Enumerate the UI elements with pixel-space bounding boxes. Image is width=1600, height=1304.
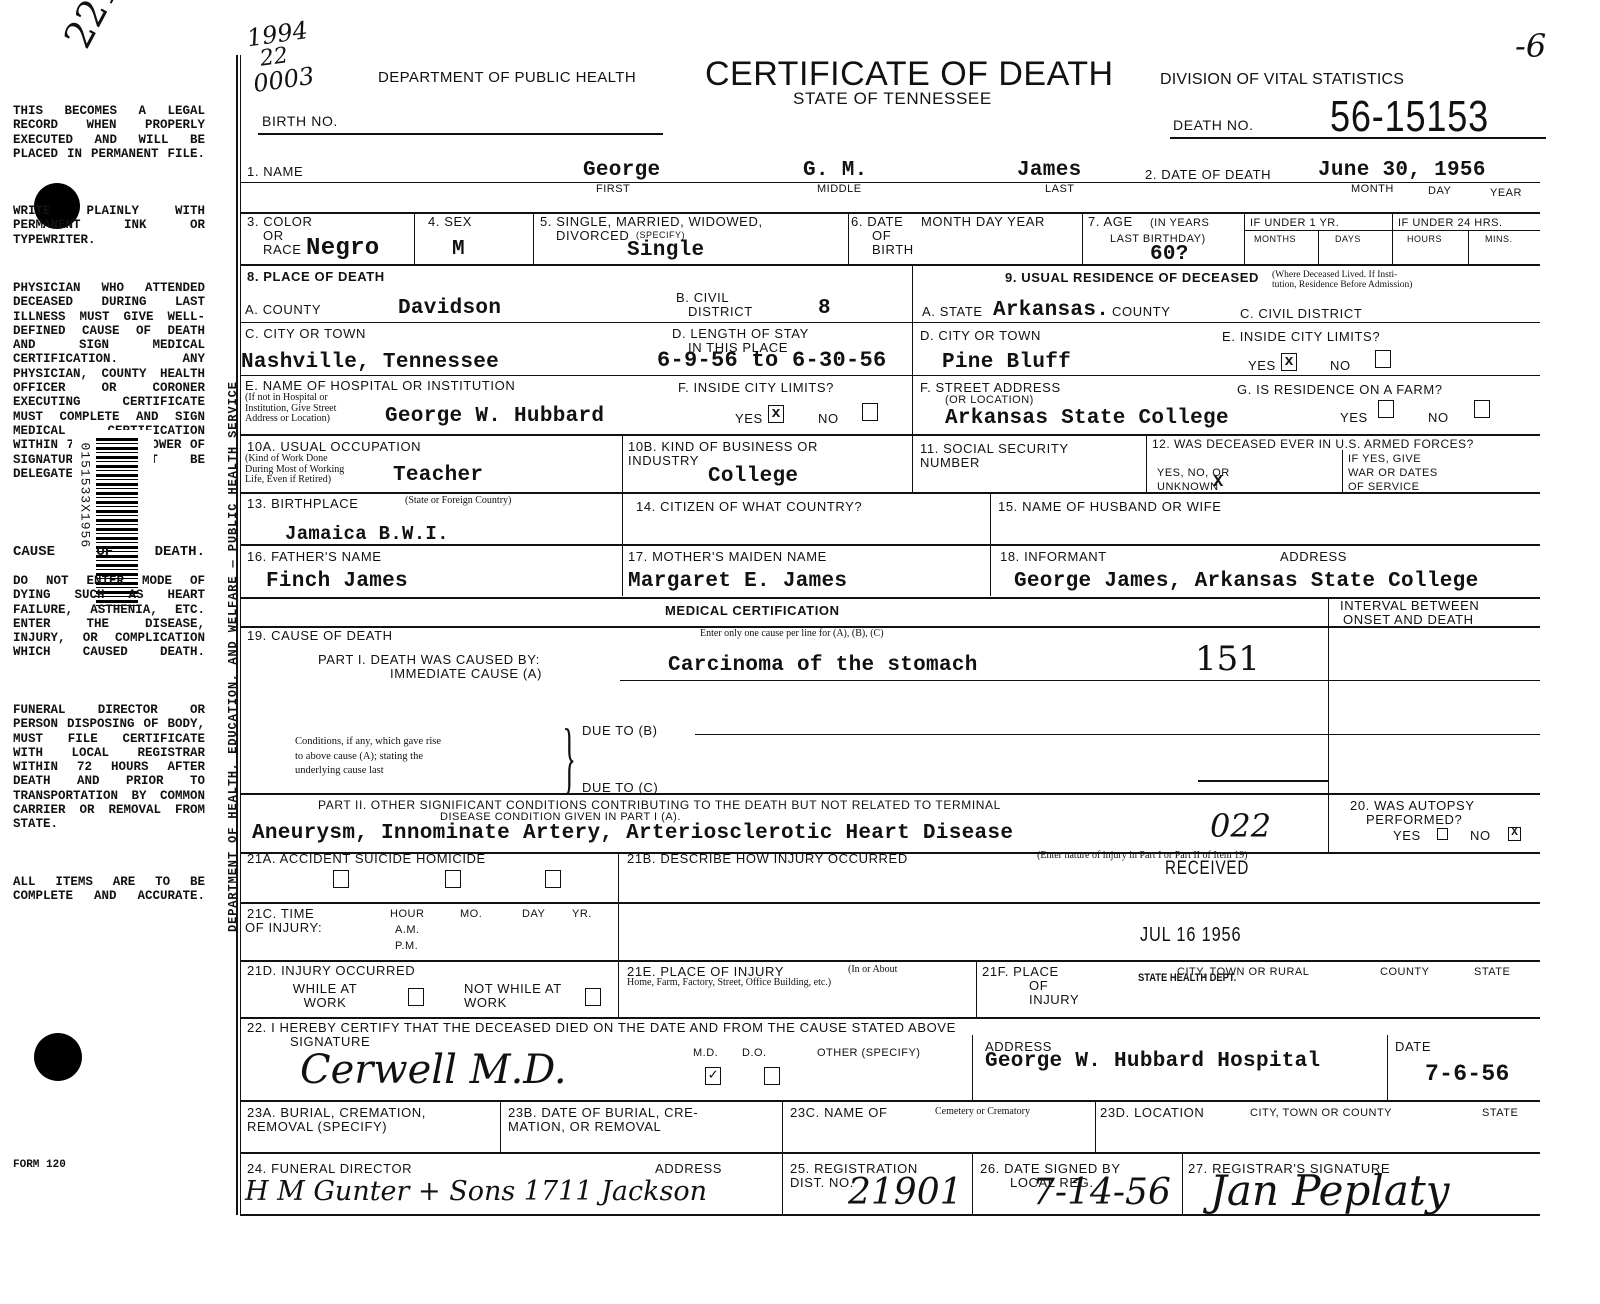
row3-top-line bbox=[240, 264, 1540, 266]
form-number: FORM 120 bbox=[13, 1159, 66, 1171]
months-label: MONTHS bbox=[1254, 235, 1296, 244]
place-f-label-2: OF bbox=[1029, 979, 1048, 992]
section-divider bbox=[912, 264, 913, 434]
cemetery-label: 23C. NAME OF bbox=[790, 1106, 888, 1119]
business-label: 10B. KIND OF BUSINESS OR bbox=[628, 440, 818, 453]
physician-signature: Cerwell M.D. bbox=[300, 1050, 567, 1090]
place-f-label: 21F. PLACE bbox=[982, 965, 1059, 978]
divider bbox=[1342, 450, 1343, 492]
middle-name: G. M. bbox=[803, 160, 868, 181]
notice-legal-record: THIS BECOMES A LEGAL RECORD WHEN PROPERL… bbox=[13, 104, 205, 161]
row5-top-line bbox=[240, 492, 1540, 494]
other-specify-label: OTHER (SPECIFY) bbox=[817, 1048, 920, 1059]
cause-instruction: Enter only one cause per line for (A), (… bbox=[700, 629, 884, 640]
form-left-border-inner bbox=[240, 55, 241, 1215]
time-injury-label-2: OF INJURY: bbox=[245, 921, 322, 934]
line bbox=[240, 322, 912, 323]
social-security-label: 11. SOCIAL SECURITY bbox=[920, 442, 1069, 455]
while-at-work-label: WHILE AT WORK bbox=[290, 982, 360, 1011]
birthplace-label: 13. BIRTHPLACE bbox=[247, 497, 358, 510]
day-label: DAY bbox=[1428, 186, 1451, 197]
cause-a-line bbox=[620, 680, 1328, 681]
social-security-label-2: NUMBER bbox=[920, 456, 980, 469]
race-race-label: RACE bbox=[263, 243, 302, 256]
burial-type-label-2: REMOVAL (SPECIFY) bbox=[247, 1120, 387, 1133]
middle-label: MIDDLE bbox=[817, 184, 862, 195]
hour-label: HOUR bbox=[390, 909, 424, 920]
received-stamp: RECEIVED bbox=[1165, 858, 1249, 880]
divider bbox=[500, 1100, 501, 1152]
divider bbox=[622, 434, 623, 492]
injury-county-label: COUNTY bbox=[1380, 967, 1429, 978]
month-label: MONTH bbox=[1351, 184, 1394, 195]
cause-a-code: 151 bbox=[1195, 642, 1260, 676]
last-label: LAST bbox=[1045, 184, 1075, 195]
county-label: A. COUNTY bbox=[245, 303, 321, 316]
hospital-note: (If not in Hospital or Institution, Give… bbox=[245, 393, 336, 425]
informant-label: 18. INFORMANT bbox=[1000, 550, 1107, 563]
manner-label: 21A. ACCIDENT SUICIDE HOMICIDE bbox=[247, 852, 486, 865]
divider bbox=[972, 1152, 973, 1214]
marital-divorced-label: DIVORCED bbox=[556, 229, 629, 242]
line bbox=[240, 902, 1540, 904]
yr-label: YR. bbox=[572, 909, 592, 920]
street-sub-label: (OR LOCATION) bbox=[945, 395, 1034, 406]
marital-value: Single bbox=[627, 240, 704, 261]
divider bbox=[782, 1100, 783, 1152]
race-label: 3. COLOR bbox=[247, 215, 312, 228]
war-label: IF YES, GIVE bbox=[1348, 454, 1421, 465]
reg-dist-value: 21901 bbox=[848, 1175, 963, 1211]
first-label: FIRST bbox=[596, 184, 630, 195]
mother-value: Margaret E. James bbox=[628, 571, 847, 592]
do-label: D.O. bbox=[742, 1048, 767, 1059]
barcode-text: 0151533X1956 bbox=[78, 443, 93, 593]
state-label: STATE OF TENNESSEE bbox=[793, 90, 992, 107]
residence-label: 9. USUAL RESIDENCE OF DECEASED bbox=[1005, 271, 1259, 284]
birthplace-note: (State or Foreign Country) bbox=[405, 496, 511, 507]
burial-top-line bbox=[240, 1100, 1540, 1102]
place-injury-note-2: Home, Farm, Factory, Street, Office Buil… bbox=[627, 978, 831, 989]
year-label: YEAR bbox=[1490, 188, 1522, 199]
autopsy-yes-checkbox[interactable] bbox=[1437, 828, 1448, 840]
brace-icon: } bbox=[562, 718, 575, 798]
yes-label: YES bbox=[735, 412, 763, 425]
inside-limits-no-checkbox[interactable] bbox=[862, 403, 878, 421]
mo-label: MO. bbox=[460, 909, 482, 920]
stay-label: D. LENGTH OF STAY bbox=[672, 327, 809, 340]
cause-c-line bbox=[1198, 780, 1328, 782]
line bbox=[912, 375, 1540, 376]
residence-civil-district-label: C. CIVIL DISTRICT bbox=[1240, 307, 1362, 320]
divider bbox=[622, 544, 623, 596]
received-date-stamp: JUL 16 1956 bbox=[1140, 924, 1241, 947]
county-value: Davidson bbox=[398, 298, 501, 319]
funeral-director-label: 24. FUNERAL DIRECTOR bbox=[247, 1162, 412, 1175]
notice-cause: DO NOT ENTER MODE OF DYING SUCH AS HEART… bbox=[13, 574, 205, 674]
part2-label: PART II. OTHER SIGNIFICANT CONDITIONS CO… bbox=[318, 798, 1001, 811]
handwritten-margin-number: 2218 bbox=[58, 0, 137, 54]
place-f-label-3: INJURY bbox=[1029, 993, 1079, 1006]
mother-label: 17. MOTHER'S MAIDEN NAME bbox=[628, 550, 827, 563]
division-label: DIVISION OF VITAL STATISTICS bbox=[1160, 72, 1404, 88]
location-label: 23D. LOCATION bbox=[1100, 1106, 1204, 1119]
hospital-value: George W. Hubbard bbox=[385, 406, 604, 427]
divider bbox=[622, 492, 623, 544]
spouse-label: 15. NAME OF HUSBAND OR WIFE bbox=[998, 500, 1222, 513]
form-left-border bbox=[236, 55, 238, 1215]
residence-note: (Where Deceased Lived. If Insti- tution,… bbox=[1272, 271, 1412, 291]
informant-address-label: ADDRESS bbox=[1280, 550, 1347, 563]
farm-yes-checkbox[interactable] bbox=[1378, 400, 1394, 418]
date-of-death-label: 2. DATE OF DEATH bbox=[1145, 168, 1271, 181]
sex-value: M bbox=[452, 239, 465, 260]
cert-address-value: George W. Hubbard Hospital bbox=[985, 1051, 1320, 1072]
autopsy-no-label: NO bbox=[1470, 829, 1491, 842]
cause-a-value: Carcinoma of the stomach bbox=[668, 655, 978, 676]
yes-label: YES bbox=[1340, 411, 1368, 424]
location-note: CITY, TOWN OR COUNTY bbox=[1250, 1108, 1392, 1119]
divider bbox=[990, 544, 991, 596]
funeral-address-label: ADDRESS bbox=[655, 1162, 722, 1175]
registration-top-line bbox=[240, 1152, 1540, 1154]
death-no-label: DEATH NO. bbox=[1173, 118, 1254, 132]
informant-value: George James, Arkansas State College bbox=[1014, 571, 1478, 592]
age-sub-line bbox=[1244, 230, 1540, 231]
residence-county-label: COUNTY bbox=[1112, 305, 1171, 318]
place-of-death-label: 8. PLACE OF DEATH bbox=[247, 270, 385, 283]
no-label: NO bbox=[818, 412, 839, 425]
street-label: F. STREET ADDRESS bbox=[920, 381, 1061, 394]
no-label: NO bbox=[1330, 359, 1351, 372]
divider bbox=[1182, 1152, 1183, 1214]
day-col-label: DAY bbox=[522, 909, 545, 920]
state-health-stamp: STATE HEALTH DEPT. bbox=[1138, 972, 1236, 984]
birth-of-label: OF bbox=[872, 229, 891, 242]
occupation-value: Teacher bbox=[393, 465, 483, 486]
divider bbox=[1082, 212, 1083, 264]
residence-state: Arkansas. bbox=[993, 300, 1109, 321]
war-label-2: WAR OR DATES bbox=[1348, 468, 1438, 479]
funeral-director-value: H M Gunter + Sons 1711 Jackson bbox=[245, 1178, 707, 1205]
marital-label: 5. SINGLE, MARRIED, WIDOWED, bbox=[540, 215, 763, 228]
registrar-signature: Jan Peplaty bbox=[1210, 1170, 1449, 1212]
hospital-label: E. NAME OF HOSPITAL OR INSTITUTION bbox=[245, 379, 515, 392]
residence-inside-no-checkbox[interactable] bbox=[1375, 350, 1391, 368]
conditions-note: Conditions, if any, which gave rise to a… bbox=[295, 735, 441, 779]
birth-no-line bbox=[258, 133, 663, 135]
divider bbox=[533, 212, 534, 264]
punch-hole-bottom bbox=[34, 1033, 82, 1081]
autopsy-label: 20. WAS AUTOPSY bbox=[1350, 799, 1475, 812]
birth-date-label: 6. DATE bbox=[851, 215, 903, 228]
form-bottom-line bbox=[240, 1214, 1540, 1216]
date-of-death: June 30, 1956 bbox=[1318, 160, 1486, 181]
death-number: 56-15153 bbox=[1330, 92, 1489, 142]
notice-cause-title: CAUSE OF DEATH. bbox=[13, 545, 205, 559]
divider bbox=[1387, 1035, 1388, 1100]
interval-label-2: ONSET AND DEATH bbox=[1343, 613, 1474, 626]
divider bbox=[848, 212, 849, 264]
while-at-work-checkbox[interactable] bbox=[408, 988, 424, 1006]
age-in-years-label: (IN YEARS bbox=[1150, 218, 1209, 229]
notice-funeral: FUNERAL DIRECTOR OR PERSON DISPOSING OF … bbox=[13, 703, 205, 832]
homicide-checkbox[interactable] bbox=[545, 870, 561, 888]
under-24hrs-label: IF UNDER 24 HRS. bbox=[1398, 218, 1503, 229]
place-injury-note: (In or About bbox=[848, 965, 897, 976]
armed-answer: X bbox=[1213, 474, 1224, 491]
burial-state-label: STATE bbox=[1482, 1108, 1518, 1119]
line bbox=[240, 375, 912, 376]
farm-no-checkbox[interactable] bbox=[1474, 400, 1490, 418]
how-injury-label: 21B. DESCRIBE HOW INJURY OCCURRED bbox=[627, 852, 908, 865]
divider bbox=[618, 852, 619, 1017]
last-name: James bbox=[1017, 160, 1082, 181]
row6-top-line bbox=[240, 544, 1540, 546]
age-label: 7. AGE bbox=[1088, 215, 1133, 228]
divider bbox=[1392, 212, 1393, 264]
city-value: Nashville, Tennessee bbox=[241, 352, 499, 373]
injury-state-label: STATE bbox=[1474, 967, 1510, 978]
certification-statement: 22. I HEREBY CERTIFY THAT THE DECEASED D… bbox=[247, 1021, 956, 1034]
department-label: DEPARTMENT OF PUBLIC HEALTH bbox=[378, 70, 636, 85]
mins-label: MINS. bbox=[1485, 235, 1513, 244]
divider bbox=[1318, 230, 1319, 264]
civil-district-label: B. CIVIL bbox=[676, 291, 729, 304]
pm-label: P.M. bbox=[395, 941, 418, 952]
name-line bbox=[240, 182, 1540, 183]
part1-label: PART I. DEATH WAS CAUSED BY: bbox=[318, 653, 540, 666]
divider bbox=[414, 212, 415, 264]
part2-top-line bbox=[240, 793, 1540, 795]
occupation-label: 10A. USUAL OCCUPATION bbox=[247, 440, 421, 453]
residence-city: Pine Bluff bbox=[942, 352, 1071, 373]
inside-limits-label: F. INSIDE CITY LIMITS? bbox=[678, 381, 834, 394]
hours-label: HOURS bbox=[1407, 235, 1442, 244]
date-signed-value: 7-14-56 bbox=[1032, 1175, 1171, 1211]
cause-of-death-label: 19. CAUSE OF DEATH bbox=[247, 629, 393, 642]
cause-b-line bbox=[695, 734, 1540, 735]
reg-dist-label-2: DIST. NO. bbox=[790, 1176, 854, 1189]
part2-code: 022 bbox=[1210, 810, 1271, 842]
suicide-checkbox[interactable] bbox=[445, 870, 461, 888]
days-label: DAYS bbox=[1335, 235, 1361, 244]
not-while-at-work-checkbox[interactable] bbox=[585, 988, 601, 1006]
occupation-note: (Kind of Work Done During Most of Workin… bbox=[245, 454, 344, 486]
inside-limits-yes-checkbox[interactable]: x bbox=[768, 405, 784, 423]
cert-top-line bbox=[240, 1017, 1540, 1019]
due-to-b-label: DUE TO (B) bbox=[582, 724, 658, 737]
citizen-label: 14. CITIZEN OF WHAT COUNTRY? bbox=[636, 500, 862, 513]
not-while-at-work-label: NOT WHILE AT WORK bbox=[464, 982, 584, 1011]
burial-date-label: 23B. DATE OF BURIAL, CRE- bbox=[508, 1106, 698, 1119]
line bbox=[240, 960, 1540, 962]
under-1yr-label: IF UNDER 1 YR. bbox=[1250, 218, 1339, 229]
divider bbox=[782, 1152, 783, 1214]
stay-value: 6-9-56 to 6-30-56 bbox=[657, 350, 887, 372]
am-label: A.M. bbox=[395, 925, 420, 936]
injury-occurred-label: 21D. INJURY OCCURRED bbox=[247, 964, 415, 977]
first-name: George bbox=[583, 160, 660, 181]
cert-date-label: DATE bbox=[1395, 1040, 1431, 1053]
md-label: M.D. bbox=[693, 1048, 718, 1059]
street-value: Arkansas State College bbox=[945, 408, 1229, 429]
civil-district-value: 8 bbox=[818, 298, 831, 319]
residence-inside-yes-checkbox[interactable]: x bbox=[1281, 353, 1297, 371]
interval-divider bbox=[1328, 597, 1329, 852]
divider bbox=[976, 960, 977, 1017]
handwritten-file-numbers: 1994 22 0003 bbox=[245, 18, 315, 96]
line bbox=[1328, 680, 1540, 681]
line bbox=[912, 322, 1540, 323]
line bbox=[240, 626, 1540, 628]
civil-district-label-2: DISTRICT bbox=[688, 305, 753, 318]
no-label: NO bbox=[1428, 411, 1449, 424]
birth-birth-label: BIRTH bbox=[872, 243, 914, 256]
immediate-cause-label: IMMEDIATE CAUSE (A) bbox=[390, 667, 542, 680]
father-label: 16. FATHER'S NAME bbox=[247, 550, 382, 563]
birth-date-cols: MONTH DAY YEAR bbox=[921, 215, 1045, 228]
name-label: 1. NAME bbox=[247, 165, 303, 178]
cemetery-note: Cemetery or Crematory bbox=[935, 1107, 1030, 1118]
birth-no-label: BIRTH NO. bbox=[262, 114, 338, 128]
part2-value: Aneurysm, Innominate Artery, Arterioscle… bbox=[252, 823, 1013, 844]
corner-mark: -6 bbox=[1515, 30, 1546, 62]
interval-label: INTERVAL BETWEEN bbox=[1340, 599, 1479, 612]
accident-checkbox[interactable] bbox=[333, 870, 349, 888]
race-value: Negro bbox=[306, 237, 380, 261]
divider bbox=[1244, 212, 1245, 264]
burial-type-label: 23A. BURIAL, CREMATION, bbox=[247, 1106, 426, 1119]
row4-top-line bbox=[240, 434, 1540, 436]
divider bbox=[990, 492, 991, 544]
time-injury-label: 21C. TIME bbox=[247, 907, 314, 920]
birthplace-value: Jamaica B.W.I. bbox=[285, 525, 449, 544]
residence-city-label: D. CITY OR TOWN bbox=[920, 329, 1041, 342]
death-no-line bbox=[1170, 137, 1546, 139]
divider bbox=[1468, 230, 1469, 264]
residence-inside-limits-label: E. INSIDE CITY LIMITS? bbox=[1222, 330, 1380, 343]
medical-title: MEDICAL CERTIFICATION bbox=[665, 604, 840, 617]
divider bbox=[912, 434, 913, 492]
burial-date-label-2: MATION, OR REMOVAL bbox=[508, 1120, 661, 1133]
race-or-label: OR bbox=[263, 229, 284, 242]
farm-label: G. IS RESIDENCE ON A FARM? bbox=[1237, 383, 1443, 396]
divider bbox=[1146, 434, 1147, 492]
autopsy-no-checkbox[interactable]: X bbox=[1508, 827, 1521, 841]
city-label: C. CITY OR TOWN bbox=[245, 327, 366, 340]
autopsy-label-2: PERFORMED? bbox=[1366, 813, 1462, 826]
notice-complete: ALL ITEMS ARE TO BE COMPLETE AND ACCURAT… bbox=[13, 875, 205, 904]
cert-date-value: 7-6-56 bbox=[1425, 1063, 1510, 1086]
yes-label: YES bbox=[1248, 359, 1276, 372]
autopsy-yes-label: YES bbox=[1393, 829, 1421, 842]
armed-forces-label: 12. WAS DECEASED EVER IN U.S. ARMED FORC… bbox=[1152, 438, 1474, 450]
business-label-2: INDUSTRY bbox=[628, 454, 699, 467]
notice-write-plainly: WRITE PLAINLY WITH PERMANENT INK OR TYPE… bbox=[13, 204, 205, 247]
divider bbox=[972, 1035, 973, 1100]
age-value: 60? bbox=[1150, 244, 1189, 265]
father-value: Finch James bbox=[266, 571, 408, 592]
residence-state-label: A. STATE bbox=[922, 305, 983, 318]
divider bbox=[1095, 1100, 1096, 1152]
business-value: College bbox=[708, 466, 798, 487]
md-checkbox[interactable]: ✓ bbox=[705, 1067, 721, 1085]
sex-label: 4. SEX bbox=[428, 215, 472, 228]
do-checkbox[interactable] bbox=[764, 1067, 780, 1085]
